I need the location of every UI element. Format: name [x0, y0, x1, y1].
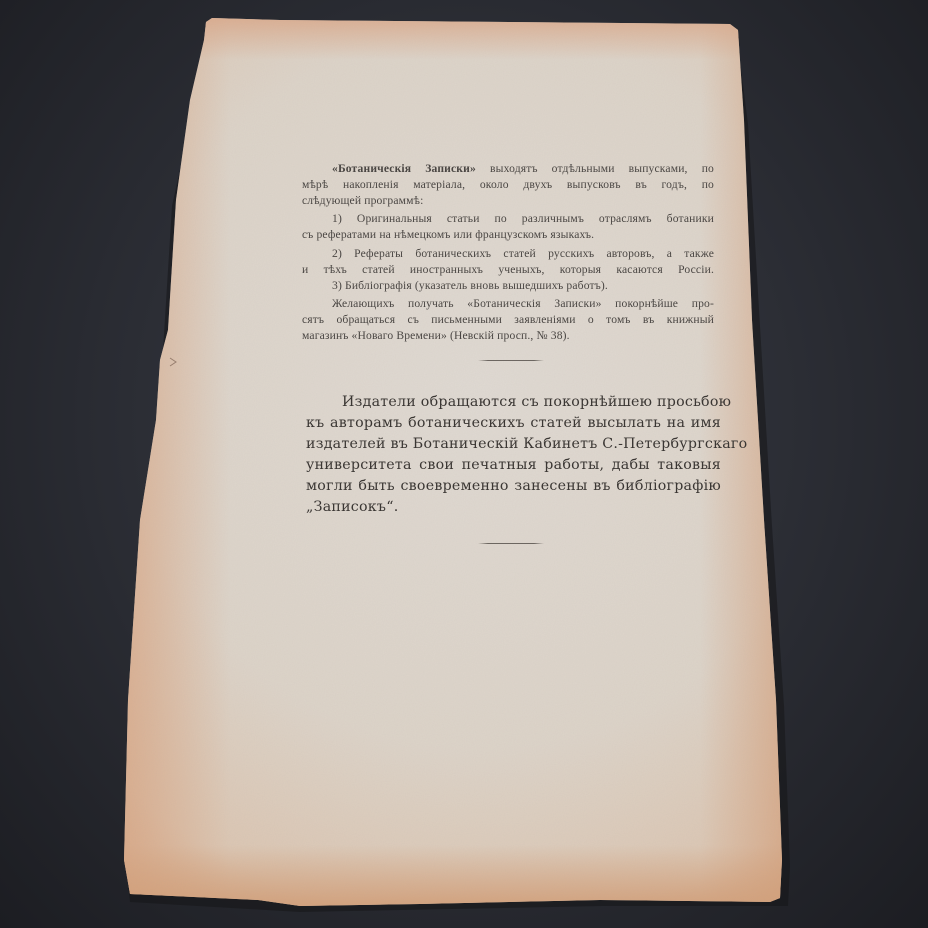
- notice-line: слѣдующей программѣ:: [302, 193, 714, 209]
- subscription-line: сятъ обращаться съ письменными заявленія…: [302, 312, 714, 328]
- printed-text: «Ботаническія Записки» выходятъ отдѣльны…: [0, 0, 928, 928]
- program-item-2-cont: и тѣхъ статей иностранныхъ ученыхъ, кото…: [302, 262, 714, 278]
- appeal-line: къ авторамъ ботаническихъ статей высылат…: [306, 413, 721, 434]
- section-divider: [478, 360, 544, 361]
- subscription-line: магазинъ «Новаго Времени» (Невскій просп…: [302, 328, 714, 344]
- appeal-line: „Записокъ“.: [306, 497, 721, 518]
- program-item-3: 3) Библіографія (указатель вновь вышедши…: [302, 278, 714, 294]
- program-item-1-cont: съ рефератами на нѣмецкомъ или французск…: [302, 227, 714, 243]
- appeal-line: издателей въ Ботаническій Кабинетъ С.-Пе…: [306, 434, 721, 455]
- program-item-2: 2) Рефераты ботаническихъ статей русских…: [302, 246, 714, 262]
- journal-title: «Ботаническія Записки»: [332, 162, 476, 175]
- appeal-line: университета свои печатныя работы, дабы …: [306, 455, 721, 476]
- publication-notice: «Ботаническія Записки» выходятъ отдѣльны…: [302, 161, 714, 344]
- publishers-appeal: Издатели обращаются съ покорнѣйшею прось…: [306, 392, 721, 518]
- closing-divider: [478, 543, 544, 544]
- notice-line: «Ботаническія Записки» выходятъ отдѣльны…: [302, 161, 714, 177]
- program-item-1: 1) Оригинальныя статьи по различнымъ отр…: [302, 211, 714, 227]
- photographed-page: «Ботаническія Записки» выходятъ отдѣльны…: [0, 0, 928, 928]
- appeal-line: Издатели обращаются съ покорнѣйшею прось…: [306, 392, 721, 413]
- subscription-line: Желающихъ получать «Ботаническія Записки…: [302, 296, 714, 312]
- appeal-line: могли быть своевременно занесены въ библ…: [306, 476, 721, 497]
- notice-line: мѣрѣ накопленія матеріала, около двухъ в…: [302, 177, 714, 193]
